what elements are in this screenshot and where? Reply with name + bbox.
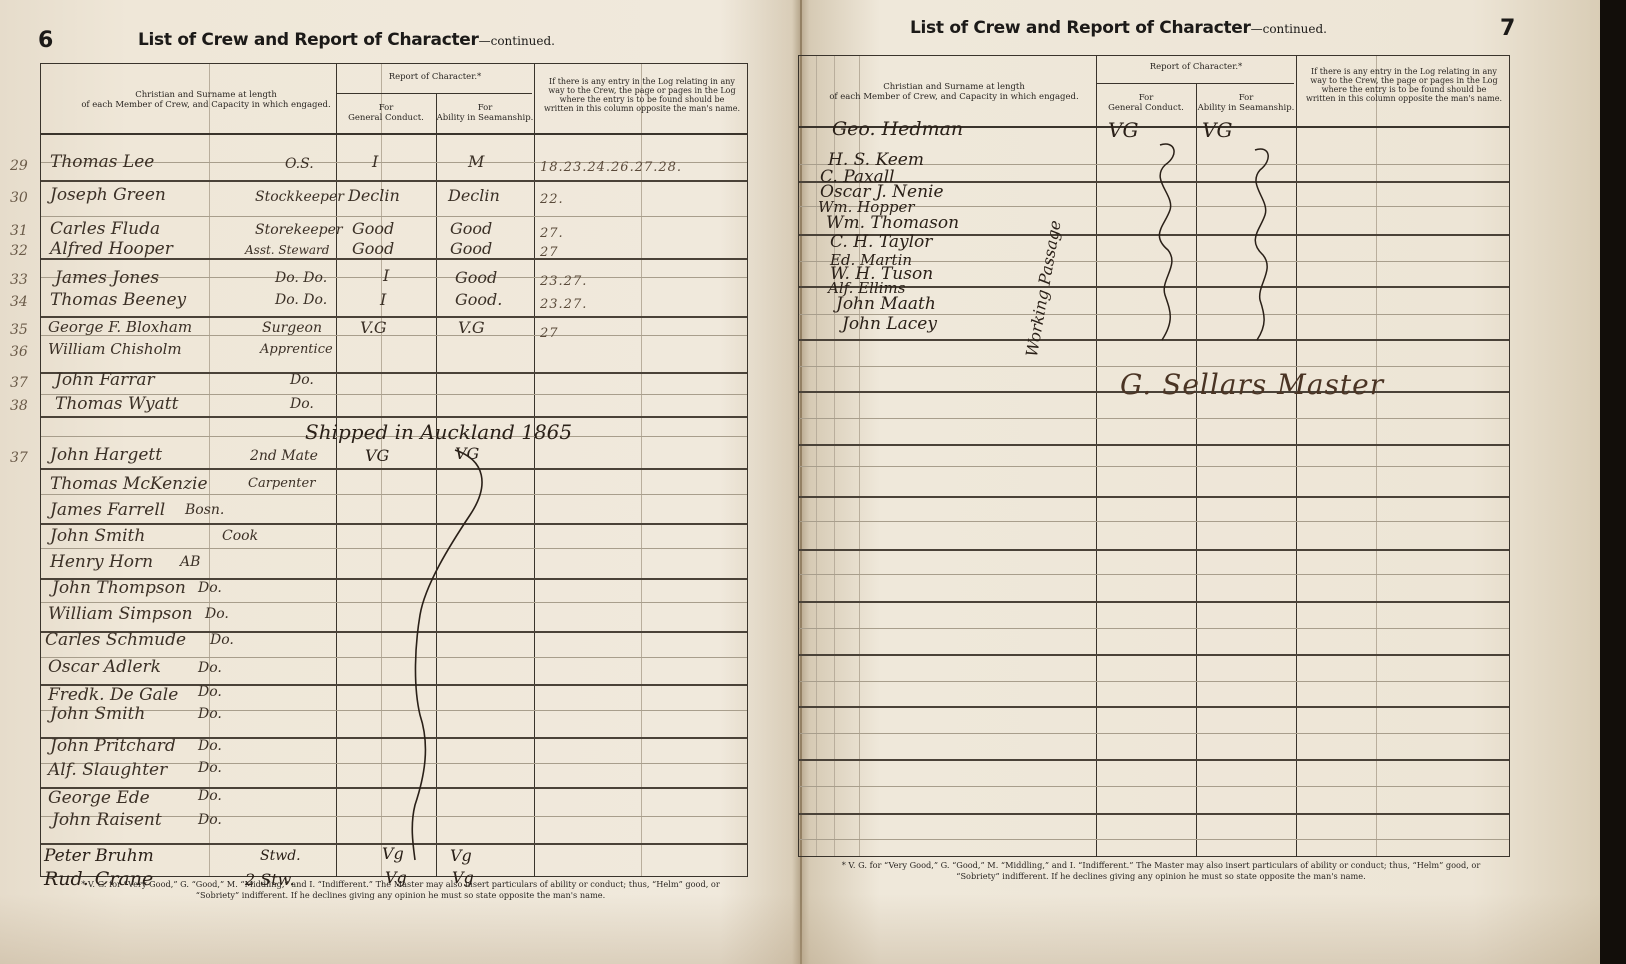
footnote: * V. G. for “Very Good,” G. “Good,” M. “…	[808, 860, 1514, 882]
crew-capacity: Do.	[210, 632, 234, 648]
ability-rating: V.G	[458, 318, 485, 337]
page-shadow	[0, 894, 1600, 964]
crew-name: Peter Bruhm	[44, 846, 154, 866]
crew-name: Oscar Adlerk	[48, 657, 161, 677]
book-spread: 6 List of Crew and Report of Character—c…	[0, 0, 1600, 964]
crew-name: John Pritchard	[50, 736, 176, 756]
crew-capacity: Apprentice	[260, 342, 333, 357]
header-ability-seamanship: For Ability in Seamanship.	[1196, 94, 1296, 113]
crew-capacity: Cook	[222, 528, 258, 544]
page-title: List of Crew and Report of Character—con…	[910, 18, 1327, 38]
crew-name: Carles Schmude	[45, 630, 186, 650]
crew-name: John Raisent	[52, 810, 162, 830]
log-pages: 22.	[540, 192, 564, 207]
ability-rating: Good	[455, 268, 497, 287]
header-log-entries: If there is any entry in the Log relatin…	[538, 78, 746, 114]
crew-name: C. H. Taylor	[830, 232, 932, 252]
crew-name: James Farrell	[50, 500, 165, 520]
header-general-conduct: For General Conduct.	[1096, 94, 1196, 113]
ditto-mark-ability	[1235, 145, 1295, 345]
log-pages: 23.27.	[540, 274, 587, 289]
crew-name: John Hargett	[50, 445, 162, 465]
crew-name: Joseph Green	[50, 185, 166, 205]
crew-name: Carles Fluda	[50, 219, 160, 239]
scan-background-edge	[1600, 0, 1626, 964]
crew-name: James Jones	[55, 268, 159, 288]
crew-name: Wm. Thomason	[826, 213, 959, 233]
crew-name: Alf. Slaughter	[48, 760, 167, 780]
header-general-conduct: For General Conduct.	[336, 104, 436, 123]
crew-capacity: Do.	[290, 396, 314, 412]
crew-capacity: Do.	[205, 606, 229, 622]
crew-name: Alfred Hooper	[50, 239, 173, 259]
crew-capacity: Storekeeper	[255, 222, 343, 238]
page-title: List of Crew and Report of Character—con…	[138, 30, 555, 50]
header-report-of-character: Report of Character.*	[1096, 63, 1296, 73]
crew-capacity: O.S.	[285, 156, 314, 172]
crew-name: John Thompson	[52, 578, 186, 598]
crew-name: Henry Horn	[50, 552, 153, 572]
ability-rating: Good	[450, 219, 492, 238]
crew-capacity: Stockkeeper	[255, 189, 344, 205]
conduct-rating: VG	[365, 446, 389, 465]
crew-name: John Lacey	[842, 314, 937, 334]
log-pages: 27	[540, 245, 559, 260]
crew-capacity: Stwd.	[260, 848, 301, 864]
header-report-of-character: Report of Character.*	[336, 73, 534, 83]
ability-rating: Declin	[448, 186, 500, 205]
crew-capacity: Carpenter	[248, 476, 315, 491]
crew-name: Fredk. De Gale	[48, 685, 178, 705]
crew-name: Thomas Lee	[50, 152, 154, 172]
crew-name: Thomas McKenzie	[50, 474, 208, 494]
right-page: List of Crew and Report of Character—con…	[790, 0, 1600, 964]
crew-capacity: AB	[180, 554, 200, 570]
crew-capacity: Do.	[198, 760, 222, 776]
crew-name: John Maath	[836, 294, 936, 314]
crew-capacity: Do.	[198, 660, 222, 676]
header-name-column: Christian and Surname at length of each …	[81, 91, 331, 110]
conduct-rating: I	[372, 152, 378, 171]
log-pages: 27	[540, 326, 559, 341]
crew-name: Thomas Beeney	[50, 290, 186, 310]
header-ability-seamanship: For Ability in Seamanship.	[436, 104, 534, 123]
header-name-column: Christian and Surname at length of each …	[819, 83, 1089, 102]
master-signature: G. Sellars Master	[1120, 368, 1384, 401]
crew-capacity: Asst. Steward	[245, 243, 329, 257]
ditto-mark-conduct	[1140, 140, 1200, 350]
crew-name: William Chisholm	[48, 340, 182, 358]
crew-capacity: Do. Do.	[275, 270, 327, 286]
header-log-entries: If there is any entry in the Log relatin…	[1299, 68, 1509, 104]
crew-capacity: Do.	[198, 812, 222, 828]
conduct-rating: Good	[352, 239, 394, 258]
conduct-rating: I	[380, 290, 386, 309]
crew-capacity: Bosn.	[185, 502, 224, 518]
crew-name: Geo. Hedman	[832, 118, 963, 140]
crew-name: John Smith	[50, 526, 145, 546]
conduct-rating: VG	[1108, 118, 1138, 142]
crew-capacity: Do.	[198, 788, 222, 804]
ability-rating: Good.	[455, 290, 502, 309]
crew-name: John Smith	[50, 704, 145, 724]
crew-name: George Ede	[48, 788, 150, 808]
page-number: 6	[38, 28, 53, 53]
crew-name: William Simpson	[48, 604, 193, 624]
ditto-mark	[395, 445, 505, 865]
conduct-rating: V.G	[360, 318, 387, 337]
log-pages: 18.23.24.26.27.28.	[540, 160, 682, 175]
crew-capacity: Do.	[198, 738, 222, 754]
crew-capacity: Surgeon	[262, 320, 322, 336]
ability-rating: M	[468, 152, 484, 171]
ability-rating: Good	[450, 239, 492, 258]
conduct-rating: Declin	[348, 186, 400, 205]
crew-name: Thomas Wyatt	[55, 394, 178, 414]
crew-capacity: Do.	[290, 372, 314, 388]
crew-name: John Farrar	[55, 370, 155, 390]
shipped-note: Shipped in Auckland 1865	[305, 420, 572, 444]
log-pages: 23.27.	[540, 297, 587, 312]
crew-capacity: Do. Do.	[275, 292, 327, 308]
log-pages: 27.	[540, 226, 564, 241]
crew-capacity: Do.	[198, 580, 222, 596]
crew-capacity: 2nd Mate	[250, 448, 318, 464]
conduct-rating: I	[383, 266, 389, 285]
crew-capacity: Do.	[198, 684, 222, 700]
left-page: 6 List of Crew and Report of Character—c…	[0, 0, 790, 964]
crew-name: George F. Bloxham	[48, 318, 192, 336]
crew-capacity: Do.	[198, 706, 222, 722]
conduct-rating: Good	[352, 219, 394, 238]
page-number: 7	[1500, 16, 1515, 41]
ability-rating: VG	[1202, 118, 1232, 142]
